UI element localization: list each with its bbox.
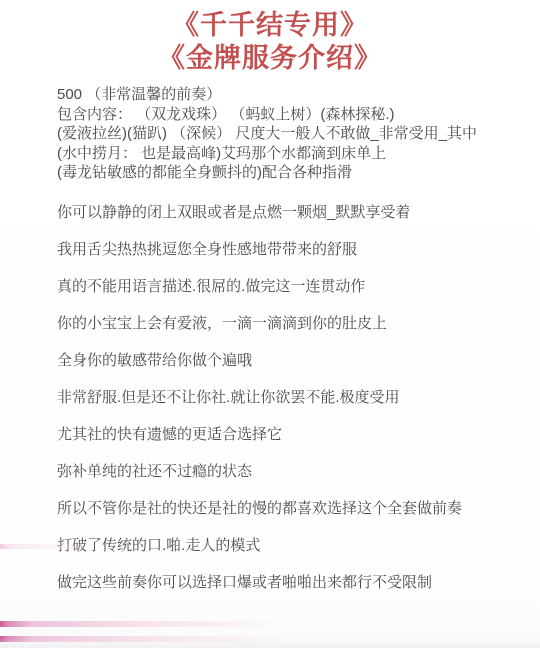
page-title: 《千千结专用》 《金牌服务介绍》	[0, 9, 540, 75]
intro-line: (爱液拉丝)(猫趴) （深候） 尺度大一般人不敢做_非常受用_其中	[57, 124, 526, 144]
intro-line: 500 （非常温馨的前奏）	[57, 85, 526, 105]
pink-stripe-decoration	[0, 621, 400, 627]
intro-block: 500 （非常温馨的前奏） 包含内容： （双龙戏珠） （蚂蚁上树）(森林探秘.)…	[57, 85, 526, 183]
body-paragraph: 我用舌尖热热挑逗您全身性感地带带来的舒服	[57, 240, 526, 260]
intro-line: (毒龙钻敏感的都能全身颤抖的)配合各种指滑	[57, 163, 526, 183]
document-page: 《千千结专用》 《金牌服务介绍》 500 （非常温馨的前奏） 包含内容： （双龙…	[0, 0, 540, 648]
intro-line: 包含内容： （双龙戏珠） （蚂蚁上树）(森林探秘.)	[57, 105, 526, 125]
document-body: 500 （非常温馨的前奏） 包含内容： （双龙戏珠） （蚂蚁上树）(森林探秘.)…	[57, 85, 526, 592]
title-line-1: 《千千结专用》	[0, 9, 540, 42]
body-paragraph: 做完这些前奏你可以选择口爆或者啪啪出来都行不受限制	[57, 573, 526, 593]
body-paragraph: 弥补单纯的社还不过瘾的状态	[57, 462, 526, 482]
body-paragraph: 尤其社的快有遗憾的更适合选择它	[57, 425, 526, 445]
body-paragraph: 你的小宝宝上会有爱液，一滴一滴滴到你的肚皮上	[57, 314, 526, 334]
body-paragraph: 真的不能用语言描述.很屌的.做完这一连贯动作	[57, 277, 526, 297]
title-line-2: 《金牌服务介绍》	[0, 42, 540, 75]
pink-stripe-decoration	[0, 544, 150, 549]
bottom-edge-shading	[0, 638, 540, 648]
intro-line: (水中捞月： 也是最高峰)艾玛那个水都滴到床单上	[57, 144, 526, 164]
body-paragraph: 全身你的敏感带给你做个遍哦	[57, 351, 526, 371]
body-paragraph: 你可以静静的闭上双眼或者是点燃一颗烟_默默享受着	[57, 203, 526, 223]
body-paragraph: 所以不管你是社的快还是社的慢的都喜欢选择这个全套做前奏	[57, 499, 526, 519]
body-paragraph: 非常舒服.但是还不让你社.就让你欲罢不能.极度受用	[57, 388, 526, 408]
